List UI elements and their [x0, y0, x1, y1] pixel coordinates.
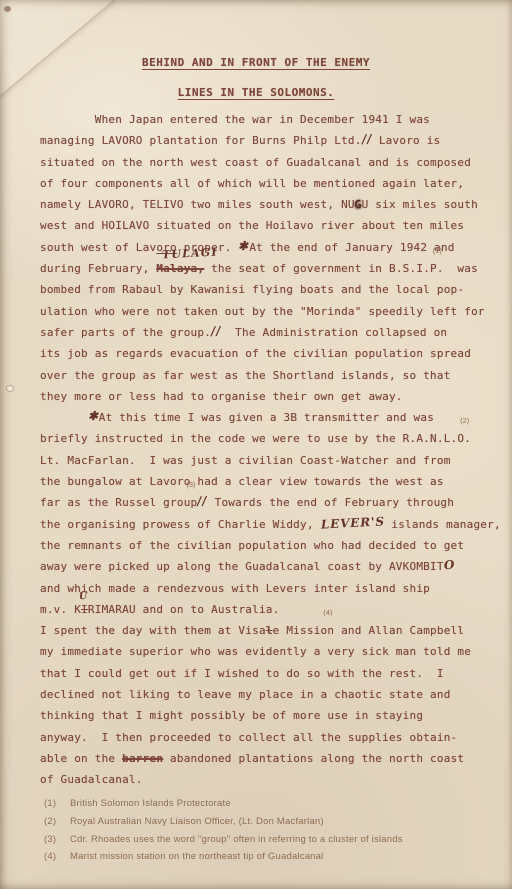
handwritten-annotation: //: [361, 129, 372, 151]
typed-text: and which made a rendezvous with Levers …: [40, 582, 430, 595]
typed-line: away were picked up along the Guadalcana…: [40, 556, 488, 577]
footnote-text: Marist mission station on the northeast …: [70, 848, 484, 866]
handwritten-annotation: U: [79, 585, 90, 607]
typed-text: The Administration collapsed on: [221, 326, 447, 339]
typed-text: When Japan entered the war in December 1…: [40, 113, 430, 126]
typed-text: far as the Russel group: [40, 496, 197, 509]
typed-line: west and HOILAVO situated on the Hoilavo…: [40, 215, 488, 236]
typed-text: and Allan Campbell: [334, 624, 464, 637]
typed-text: during February,: [40, 262, 156, 275]
typed-text: was: [444, 262, 478, 275]
typed-line: and which made a rendezvous with Levers …: [40, 578, 488, 599]
typed-text: safer parts of the group.: [40, 326, 211, 339]
typed-text: briefly instructed in the code we were t…: [40, 432, 471, 445]
typed-line: my immediate superior who was evidently …: [40, 641, 488, 662]
typed-line: thinking that I might possibly be of mor…: [40, 705, 488, 726]
handwritten-annotation: LEVER'S: [320, 511, 385, 536]
typed-text: Towards the end of February through: [208, 496, 454, 509]
typed-text: barren: [122, 752, 163, 765]
handwritten-annotation: O: [443, 555, 455, 577]
typed-text: its job as regards evacuation of the civ…: [40, 347, 471, 360]
typed-text: situated on the north west coast of Guad…: [40, 156, 471, 169]
typed-line: When Japan entered the war in December 1…: [40, 109, 488, 130]
typed-line: of Guadalcanal.: [40, 769, 488, 790]
typed-text: namely LAVORO, TELIVO two miles south we…: [40, 198, 355, 211]
typed-text: able on the: [40, 752, 122, 765]
typed-text: anyway. I then proceeded to collect all …: [40, 731, 457, 744]
footnote-number: (3): [44, 831, 70, 849]
document-title: BEHIND AND IN FRONT OF THE ENEMY LINES I…: [0, 48, 512, 108]
typed-text: away were picked up along the Guadalcana…: [40, 560, 444, 573]
typed-line: anyway. I then proceeded to collect all …: [40, 727, 488, 748]
typed-line: bombed from Rabaul by Kawanisi flying bo…: [40, 279, 488, 300]
typed-text: l: [266, 624, 273, 637]
typed-text: RIMARAU and on to Australia.: [88, 603, 280, 616]
typed-line: able on the barren abandoned plantations…: [40, 748, 488, 769]
typed-text: abandoned plantations along the north co…: [163, 752, 464, 765]
typed-text: m.v. K: [40, 603, 81, 616]
typed-line: namely LAVORO, TELIVO two miles south we…: [40, 194, 488, 215]
typed-text: they more or less had to organise their …: [40, 390, 403, 403]
typed-line: they more or less had to organise their …: [40, 386, 488, 407]
typed-text: At this time I was given a 3B transmitte…: [99, 411, 434, 424]
typed-text: G: [355, 198, 362, 211]
paper-speck: [4, 6, 11, 12]
typed-text: thinking that I might possibly be of mor…: [40, 709, 423, 722]
typed-text: my immediate superior who was evidently …: [40, 645, 471, 658]
typed-text: of four components all of which will be …: [40, 177, 464, 190]
typed-line: I spent the day with them at Visale Miss…: [40, 620, 488, 641]
typed-text: declined not liking to leave my place in…: [40, 688, 451, 701]
footnote-row: (4)Marist mission station on the northea…: [44, 848, 484, 866]
footnote-number: (4): [44, 848, 70, 866]
typed-line: far as the Russel group(3)// Towards the…: [40, 492, 488, 513]
typed-text: islands manager,: [385, 518, 501, 531]
handwritten-annotation: ✱: [238, 236, 250, 258]
typed-line: Lt. MacFarlan. I was just a civilian Coa…: [40, 450, 488, 471]
typed-line: over the group as far west as the Shortl…: [40, 365, 488, 386]
typed-text: the seat of government in B.S.I.P.: [204, 262, 444, 275]
typed-text: Lavoro is: [372, 134, 440, 147]
typed-text: At the end of January 1942 and: [249, 241, 454, 254]
typed-line: south west of Lavoro proper. ✱At the end…: [40, 237, 488, 258]
handwritten-annotation: ✱: [87, 406, 99, 428]
typed-line: safer parts of the group.// The Administ…: [40, 322, 488, 343]
typed-text: over the group as far west as the Shortl…: [40, 369, 451, 382]
typed-text: e Mission: [273, 624, 335, 637]
typed-line: during February, Malaya,TULAGI the seat …: [40, 258, 488, 279]
typed-text: Malaya,TULAGI: [156, 262, 204, 275]
typed-text: IU: [81, 603, 88, 616]
typed-line: m.v. KIURIMARAU and on to Australia.: [40, 599, 488, 620]
footnote-row: (3)Cdr. Rhoades uses the word "group" of…: [44, 831, 484, 849]
document-title-line-1: BEHIND AND IN FRONT OF THE ENEMY: [142, 56, 370, 69]
footnote-text: Cdr. Rhoades uses the word "group" often…: [70, 831, 484, 849]
footnote-number: (2): [44, 813, 70, 831]
typed-text: the organising prowess of Charlie Widdy,: [40, 518, 321, 531]
typed-text: U six miles south: [362, 198, 478, 211]
typed-line: the bungalow at Lavoro had a clear view …: [40, 471, 488, 492]
footnote-text: British Solomon Islands Protectorate: [70, 795, 484, 813]
typed-line: ✱At this time I was given a 3B transmitt…: [40, 407, 488, 428]
typed-text: Lt. MacFarlan. I was just a civilian Coa…: [40, 454, 451, 467]
footnote-number: (1): [44, 795, 70, 813]
typed-text: west and HOILAVO situated on the Hoilavo…: [40, 219, 464, 232]
footnote-text: Royal Australian Navy Liaison Officer, (…: [70, 813, 484, 831]
handwritten-annotation: TULAGI: [162, 241, 219, 265]
footnotes-section: (1)British Solomon Islands Protectorate(…: [44, 795, 484, 866]
typed-body: When Japan entered the war in December 1…: [40, 109, 488, 791]
footnote-row: (1)British Solomon Islands Protectorate: [44, 795, 484, 813]
typed-text: ulation who were not taken out by the "M…: [40, 305, 485, 318]
typed-text: the remnants of the civilian population …: [40, 539, 464, 552]
paper-speck: [7, 386, 13, 391]
typed-text: managing LAVORO plantation for Burns Phi…: [40, 134, 362, 147]
typed-line: its job as regards evacuation of the civ…: [40, 343, 488, 364]
typed-line: situated on the north west coast of Guad…: [40, 152, 488, 173]
typed-line: the remnants of the civilian population …: [40, 535, 488, 556]
typed-line: that I could get out if I wished to do s…: [40, 663, 488, 684]
document-page: BEHIND AND IN FRONT OF THE ENEMY LINES I…: [0, 0, 512, 889]
handwritten-annotation: //: [210, 321, 221, 343]
footnote-row: (2)Royal Australian Navy Liaison Officer…: [44, 813, 484, 831]
typed-text: that I could get out if I wished to do s…: [40, 667, 444, 680]
typed-line: the organising prowess of Charlie Widdy,…: [40, 514, 488, 535]
typed-text: [40, 411, 88, 424]
typed-text: I spent the day with them at Visa: [40, 624, 266, 637]
typed-line: managing LAVORO plantation for Burns Phi…: [40, 130, 488, 151]
typed-text: south west of Lav: [40, 241, 156, 254]
typed-line: ulation who were not taken out by the "M…: [40, 301, 488, 322]
typed-text: the bungalow at Lavoro had a clear view …: [40, 475, 444, 488]
typed-line: declined not liking to leave my place in…: [40, 684, 488, 705]
typed-text: bombed from Rabaul by Kawanisi flying bo…: [40, 283, 464, 296]
typed-text: of Guadalcanal.: [40, 773, 143, 786]
document-title-line-2: LINES IN THE SOLOMONS.: [178, 86, 335, 99]
handwritten-annotation: //: [197, 491, 208, 513]
typed-line: of four components all of which will be …: [40, 173, 488, 194]
typed-line: briefly instructed in the code we were t…: [40, 428, 488, 449]
